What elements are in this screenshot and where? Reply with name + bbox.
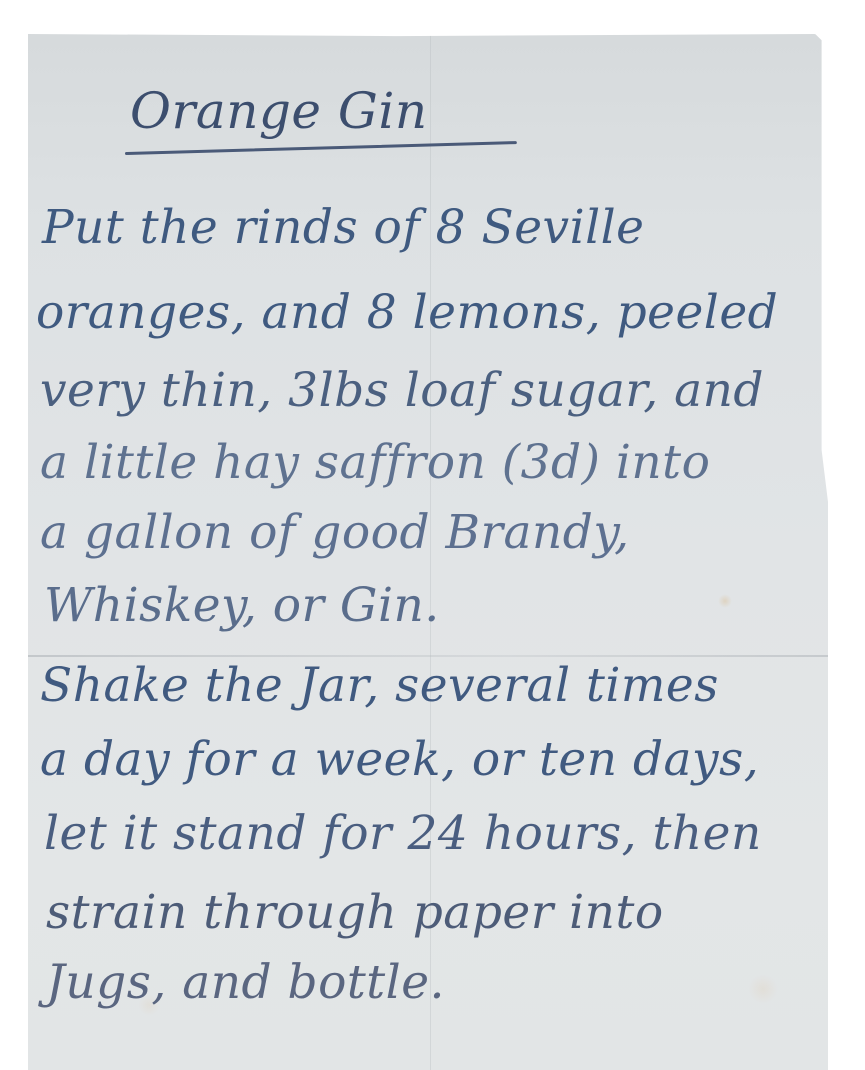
paper-stain [748, 974, 778, 1004]
recipe-line-3: very thin, 3lbs loaf sugar, and [40, 363, 764, 418]
recipe-line-6: Whiskey, or Gin. [44, 578, 440, 633]
recipe-line-2: oranges, and 8 lemons, peeled [36, 285, 778, 340]
recipe-line-8: a day for a week, or ten days, [40, 732, 759, 787]
paper-stain [718, 594, 732, 608]
recipe-line-4: a little hay saffron (3d) into [40, 435, 710, 490]
recipe-line-11: Jugs, and bottle. [46, 955, 445, 1010]
recipe-line-5: a gallon of good Brandy, [40, 505, 630, 560]
recipe-line-1: Put the rinds of 8 Seville [42, 200, 645, 255]
recipe-line-9: let it stand for 24 hours, then [44, 806, 762, 861]
recipe-title: Orange Gin [130, 82, 428, 140]
recipe-line-10: strain through paper into [46, 885, 664, 940]
recipe-line-7: Shake the Jar, several times [40, 658, 719, 713]
